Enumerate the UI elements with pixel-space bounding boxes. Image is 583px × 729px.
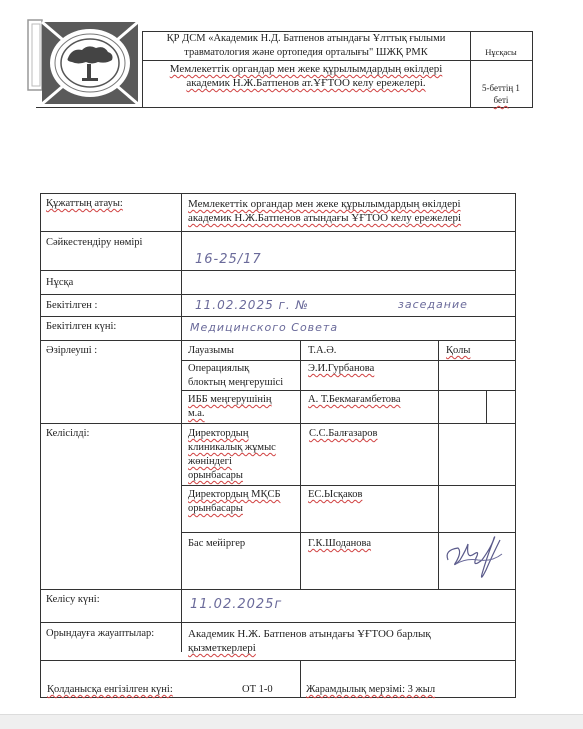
responsible-label: Орындауға жауаптылар: — [46, 627, 154, 641]
signature-image — [440, 534, 514, 588]
effective-date-label: Қолданысқа енгізілген күні: — [47, 683, 173, 697]
org-name: ҚР ДСМ «Академик Н.Д. Батпенов атындағы … — [144, 32, 468, 60]
col-signature: Қолы — [446, 344, 470, 358]
approved-date-label: Бекітілген күні: — [46, 320, 116, 334]
prepared-row-2-name: А. Т.Бекмағамбетова — [308, 393, 401, 407]
validity-label: Жарамдылық мерзімі: 3 жыл — [306, 683, 435, 697]
logo — [24, 14, 142, 107]
agreement-date-label: Келісу күні: — [46, 593, 100, 607]
responsible-value: Академик Н.Ж. Батпенов атындағы ҰҒТОО ба… — [188, 627, 431, 655]
effective-code: ОТ 1-0 — [242, 683, 273, 697]
page-number: 5-беттің 1 беті — [471, 82, 531, 106]
agreed-row-3-name: Г.К.Шоданова — [308, 537, 371, 551]
version-label: Нұсқасы — [471, 46, 531, 58]
agreed-row-1-name: С.С.Балғазаров — [309, 427, 378, 441]
prepared-row-1-name: Э.И.Гурбанова — [308, 362, 374, 376]
agreed-row-2-position: Директордың МҚСБ орынбасары — [188, 488, 280, 516]
agreed-label: Келісілді: — [46, 427, 89, 441]
agreed-row-1-position: Директордың клиникалық жұмыс жөніндегі о… — [188, 427, 276, 483]
col-position: Лауазымы — [188, 344, 234, 358]
header-doc-title: Мемлекеттік органдар мен жеке құрылымдар… — [144, 62, 468, 90]
doc-name-value: Мемлекеттік органдар мен жеке құрылымдар… — [188, 197, 512, 225]
approved-label: Бекітілген : — [46, 299, 97, 313]
prepared-row-2-position: ИББ меңгерушінің м.а. — [188, 393, 272, 421]
agreed-row-3-position: Бас мейіргер — [188, 537, 245, 551]
agreement-date-value: 11.02.2025г — [190, 597, 282, 612]
version-field-label: Нұсқа — [46, 276, 73, 290]
approved-note: заседание — [398, 298, 468, 311]
col-name: Т.А.Ә. — [308, 344, 336, 358]
agreed-row-2-name: ЕС.Ысқаков — [308, 488, 362, 502]
approved-value: 11.02.2025 г. № — [195, 298, 309, 312]
viewer-bottom-bar — [0, 714, 583, 729]
prepared-row-1-position: Операциялық блоктың меңгерушісі — [188, 362, 283, 390]
prepared-label: Әзірлеуші : — [46, 344, 97, 358]
approved-date-value: Медицинского Совета — [190, 321, 338, 334]
id-label: Сәйкестендіру нөмірі — [46, 236, 142, 250]
id-value: 16-25/17 — [195, 252, 262, 267]
doc-name-label: Құжаттың атауы: — [46, 197, 123, 211]
tree-emblem-icon — [24, 14, 142, 107]
